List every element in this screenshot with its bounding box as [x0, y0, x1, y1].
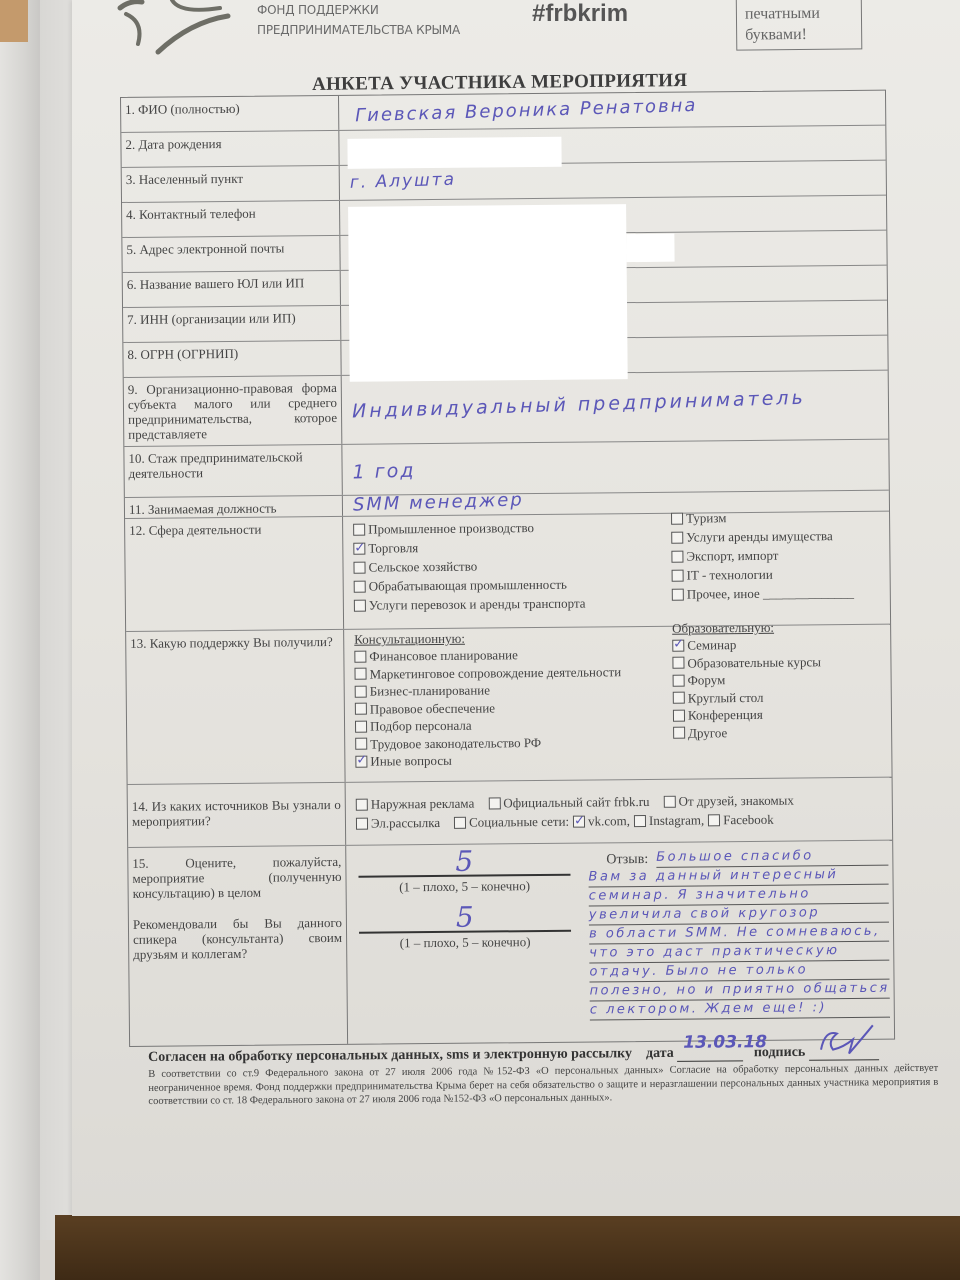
feedback-text-line: Большое спасибо	[656, 847, 888, 868]
checkbox-label: Иные вопросы	[370, 752, 452, 770]
checkbox-icon[interactable]	[353, 561, 365, 573]
checkbox-option[interactable]: Прочее, иное ______________	[672, 583, 854, 604]
hashtag: #frbkrim	[532, 0, 628, 28]
checkbox-option[interactable]: Наружная реклама	[356, 794, 475, 814]
checkbox-icon[interactable]	[671, 512, 683, 524]
feedback-text-line: с лектором. Ждем еще! :)	[590, 999, 890, 1021]
print-note-line1: печатными	[745, 2, 853, 24]
checkbox-label: Семинар	[687, 636, 736, 654]
checkbox-label: Туризм	[686, 508, 727, 527]
checkbox-label: Финансовое планирование	[369, 646, 518, 665]
consulting-group: Консультационную: Финансовое планировани…	[354, 629, 673, 782]
education-options: СеминарОбразовательные курсыФорумКруглый…	[672, 635, 821, 741]
feedback-label: Отзыв:	[606, 852, 648, 868]
checkbox-icon[interactable]	[488, 797, 500, 809]
checkbox-option[interactable]: Туризм	[671, 507, 853, 528]
field-label: 8. ОГРН (ОГРНИП)	[123, 341, 341, 377]
question-label: 13. Какую поддержку Вы получили?	[126, 630, 345, 784]
checkbox-icon[interactable]	[672, 588, 684, 600]
checkbox-option[interactable]: Эл.рассылка	[356, 813, 440, 833]
checkbox-option[interactable]: Услуги перевозок и аренды транспорта	[354, 593, 672, 615]
checkbox-icon[interactable]	[673, 692, 685, 704]
rating-area: 5 (1 – плохо, 5 – конечно) 5 (1 – плохо,…	[346, 841, 900, 1044]
checkbox-icon[interactable]	[634, 814, 646, 826]
checkbox-icon[interactable]	[663, 795, 675, 807]
background-surface	[0, 0, 40, 1280]
background-object	[0, 0, 28, 42]
legal-form-field[interactable]: Индивидуальный предприниматель	[342, 371, 889, 444]
question-label: 12. Сфера деятельности	[125, 517, 344, 631]
checkbox-icon[interactable]	[356, 798, 368, 810]
checkbox-label: IT - технологии	[687, 565, 773, 585]
checkbox-label: Экспорт, импорт	[686, 546, 778, 566]
feedback-first-line: Отзыв: Большое спасибо	[588, 847, 888, 869]
checkbox-icon[interactable]	[708, 814, 720, 826]
checkbox-icon[interactable]	[355, 720, 367, 732]
question-label: 14. Из каких источников Вы узнали о меро…	[128, 783, 347, 847]
full-name-field[interactable]: Гиевская Вероника Ренатовна	[339, 91, 885, 130]
checkbox-label: Бизнес-планирование	[370, 681, 490, 700]
checkbox-icon[interactable]	[673, 727, 685, 739]
field-label: 6. Название вашего ЮЛ или ИП	[123, 271, 341, 307]
checkbox-icon[interactable]	[355, 685, 367, 697]
locality-field[interactable]: г. Алушта	[340, 161, 886, 200]
rating-inputs: 5 (1 – плохо, 5 – конечно) 5 (1 – плохо,…	[346, 844, 584, 1044]
redaction-block	[348, 204, 628, 382]
table-surface	[55, 1215, 960, 1280]
print-instruction-box: печатными буквами!	[736, 0, 863, 51]
checkbox-option[interactable]: Иные вопросы	[355, 750, 673, 771]
checkbox-option[interactable]: Круглый стол	[673, 688, 822, 707]
checkbox-icon[interactable]	[354, 580, 366, 592]
checkbox-label: Сельское хозяйство	[368, 557, 477, 577]
checkbox-checked-icon[interactable]	[353, 542, 365, 554]
activity-options-right: ТуризмУслуги аренды имуществаЭкспорт, им…	[671, 507, 854, 626]
checkbox-label: Социальные сети:	[469, 812, 569, 832]
checkbox-option[interactable]: Другое	[673, 723, 822, 742]
checkbox-icon[interactable]	[671, 550, 683, 562]
checkbox-icon[interactable]	[673, 674, 685, 686]
checkbox-icon[interactable]	[356, 817, 368, 829]
question-15-row: 15. Оцените, пожалуйста, мероприятие (по…	[128, 841, 894, 1046]
field-label: 3. Населенный пункт	[122, 166, 340, 202]
checkbox-icon[interactable]	[672, 657, 684, 669]
consulting-options: Финансовое планированиеМаркетинговое соп…	[354, 645, 673, 771]
checkbox-icon[interactable]	[353, 523, 365, 535]
checkbox-label: Круглый стол	[688, 688, 764, 706]
checkbox-icon[interactable]	[355, 703, 367, 715]
consent-section: Согласен на обработку персональных данны…	[148, 1044, 938, 1109]
field-label: 10. Стаж предпринимательской деятельност…	[124, 445, 342, 497]
checkbox-icon[interactable]	[671, 531, 683, 543]
activity-sphere-options: Промышленное производствоТорговляСельско…	[343, 512, 890, 629]
recommend-value-field[interactable]: 5	[347, 900, 583, 932]
checkbox-checked-icon[interactable]	[355, 755, 367, 767]
checkbox-label: vk.com,	[588, 811, 630, 830]
handwritten-date: 13.03.18	[683, 1032, 767, 1053]
checkbox-label: Эл.рассылка	[371, 813, 440, 833]
redaction-block	[626, 234, 674, 262]
feedback-text: Вам за данный интересныйсеминар. Я значи…	[588, 866, 890, 1021]
checkbox-option[interactable]: Форум	[673, 670, 822, 689]
checkbox-label: Услуги аренды имущества	[686, 526, 833, 546]
handwritten-value: Индивидуальный предприниматель	[352, 387, 806, 423]
feedback-area[interactable]: Отзыв: Большое спасибо Вам за данный инт…	[582, 841, 900, 1042]
checkbox-label: Трудовое законодательство РФ	[370, 733, 541, 752]
checkbox-label: Прочее, иное ______________	[687, 583, 854, 604]
checkbox-checked-icon[interactable]	[672, 639, 684, 651]
checkbox-label: Другое	[688, 724, 727, 742]
checkbox-label: Обрабатывающая промышленность	[369, 575, 567, 596]
education-heading: Образовательную:	[672, 619, 821, 636]
question-14-row: 14. Из каких источников Вы узнали о меро…	[128, 778, 893, 848]
checkbox-option[interactable]: Facebook	[708, 810, 774, 830]
organization-name: ФОНД ПОДДЕРЖКИ ПРЕДПРИНИМАТЕЛЬСТВА КРЫМА	[257, 0, 460, 40]
checkbox-label: Правовое обеспечение	[370, 699, 495, 718]
question-12-row: 12. Сфера деятельности Промышленное прои…	[125, 512, 890, 632]
checkbox-label: Промышленное производство	[368, 518, 534, 539]
consent-legal-text: В соответствии со ст.9 Федерального зако…	[148, 1062, 938, 1109]
checkbox-icon[interactable]	[454, 816, 466, 828]
checkbox-label: Торговля	[368, 538, 418, 557]
checkbox-icon[interactable]	[673, 709, 685, 721]
scale-caption: (1 – плохо, 5 – конечно)	[347, 934, 583, 952]
question-13-row: 13. Какую поддержку Вы получили? Консуль…	[126, 625, 891, 785]
education-group: Образовательную: СеминарОбразовательные …	[672, 619, 822, 778]
rate-question-label: 15. Оцените, пожалуйста, мероприятие (по…	[132, 854, 341, 901]
checkbox-label: Маркетинговое сопровождение деятельности	[369, 663, 621, 683]
field-label: 11. Занимаемая должность	[125, 496, 343, 518]
source-options-row2: Эл.рассылкаСоциальные сети:vk.com,Instag…	[356, 809, 882, 833]
checkbox-option[interactable]: От друзей, знакомых	[663, 791, 794, 811]
recommend-question-label: Рекомендовали бы Вы данного спикера (кон…	[133, 915, 342, 962]
handwritten-value: 1 год	[352, 460, 416, 484]
field-label: 4. Контактный телефон	[122, 201, 340, 237]
field-label: 5. Адрес электронной почты	[122, 236, 340, 272]
rate-value-field[interactable]: 5	[346, 844, 582, 876]
date-field[interactable]: 13.03.18	[677, 1046, 743, 1062]
handwritten-value: Гиевская Вероника Ренатовна	[355, 95, 698, 126]
checkbox-label: Образовательные курсы	[687, 653, 821, 672]
source-options: Наружная рекламаОфициальный сайт frbk.ru…	[346, 778, 893, 845]
questionnaire-table: 1. ФИО (полностью) Гиевская Вероника Рен…	[120, 90, 895, 1047]
checkbox-label: От друзей, знакомых	[678, 791, 794, 811]
checkbox-icon[interactable]	[672, 569, 684, 581]
experience-field[interactable]: 1 год	[342, 440, 888, 495]
org-name-line2: ПРЕДПРИНИМАТЕЛЬСТВА КРЫМА	[257, 20, 460, 40]
checkbox-option[interactable]: Образовательные курсы	[672, 653, 821, 672]
birth-date-field[interactable]	[339, 126, 885, 165]
field-label: 1. ФИО (полностью)	[121, 96, 339, 132]
phone-field[interactable]	[340, 196, 886, 235]
field-row-legal-form: 9. Организационно-правовая форма субъект…	[124, 371, 889, 447]
checkbox-option[interactable]: Конференция	[673, 705, 822, 724]
checkbox-label: Наружная реклама	[371, 794, 475, 814]
question-15-labels: 15. Оцените, пожалуйста, мероприятие (по…	[128, 846, 348, 1046]
field-label: 7. ИНН (организации или ИП)	[123, 306, 341, 342]
checkbox-label: Facebook	[723, 810, 774, 829]
checkbox-option[interactable]: Официальный сайт frbk.ru	[488, 792, 649, 813]
handwritten-value: SMM менеджер	[353, 489, 524, 515]
checkbox-option[interactable]: Социальные сети:	[454, 812, 569, 832]
checkbox-icon[interactable]	[354, 599, 366, 611]
checkbox-option[interactable]: Instagram,	[634, 810, 704, 830]
activity-options-left: Промышленное производствоТорговляСельско…	[353, 517, 672, 629]
signature-scribble-icon	[813, 1019, 883, 1060]
signature-field[interactable]	[809, 1045, 879, 1061]
checkbox-icon[interactable]	[354, 650, 366, 662]
checkbox-label: Конференция	[688, 706, 763, 724]
checkbox-label: Официальный сайт frbk.ru	[503, 792, 649, 812]
checkbox-option[interactable]: IT - технологии	[672, 564, 854, 585]
checkbox-icon[interactable]	[355, 738, 367, 750]
checkbox-option[interactable]: Услуги аренды имущества	[671, 526, 853, 547]
field-label: 9. Организационно-правовая форма субъект…	[124, 376, 343, 446]
checkbox-option[interactable]: vk.com,	[573, 811, 630, 831]
checkbox-label: Instagram,	[649, 810, 704, 830]
checkbox-label: Услуги перевозок и аренды транспорта	[369, 594, 586, 615]
checkbox-option[interactable]: Семинар	[672, 635, 821, 654]
checkbox-icon[interactable]	[354, 668, 366, 680]
stylized-swoosh-logo-icon	[110, 0, 240, 58]
support-type-options: Консультационную: Финансовое планировани…	[344, 625, 891, 782]
handwritten-value: г. Алушта	[350, 170, 457, 193]
field-label: 2. Дата рождения	[121, 131, 339, 167]
checkbox-label: Подбор персонала	[370, 717, 472, 735]
checkbox-label: Форум	[688, 671, 726, 689]
consent-heading: Согласен на обработку персональных данны…	[148, 1046, 632, 1065]
checkbox-checked-icon[interactable]	[573, 815, 585, 827]
date-label: дата	[646, 1046, 674, 1061]
checkbox-option[interactable]: Экспорт, импорт	[671, 545, 853, 566]
org-name-line1: ФОНД ПОДДЕРЖКИ	[257, 0, 460, 20]
print-note-line2: буквами!	[745, 23, 853, 45]
